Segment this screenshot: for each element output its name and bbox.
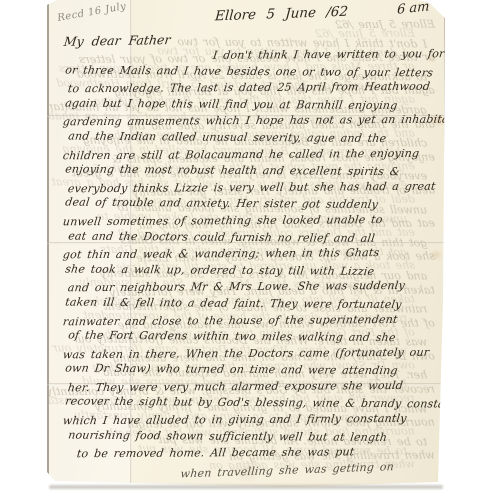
letter-paper: Ellore 5 June /62I don't think I have wr… bbox=[47, 0, 445, 487]
letter-line: taken ill & fell into a dead faint. They… bbox=[64, 294, 440, 314]
letter-photo: Ellore 5 June /62I don't think I have wr… bbox=[0, 0, 500, 500]
paper-shadow bbox=[49, 485, 443, 489]
letter-line: I don't think I have written to you for … bbox=[212, 46, 440, 64]
dateline: Ellore 5 June /62 bbox=[214, 4, 348, 25]
received-docket-note: Recd 16 July bbox=[57, 1, 128, 24]
corner-time-note: 6 am bbox=[397, 0, 430, 18]
letter-body: I don't think I have written to you for … bbox=[63, 47, 439, 478]
